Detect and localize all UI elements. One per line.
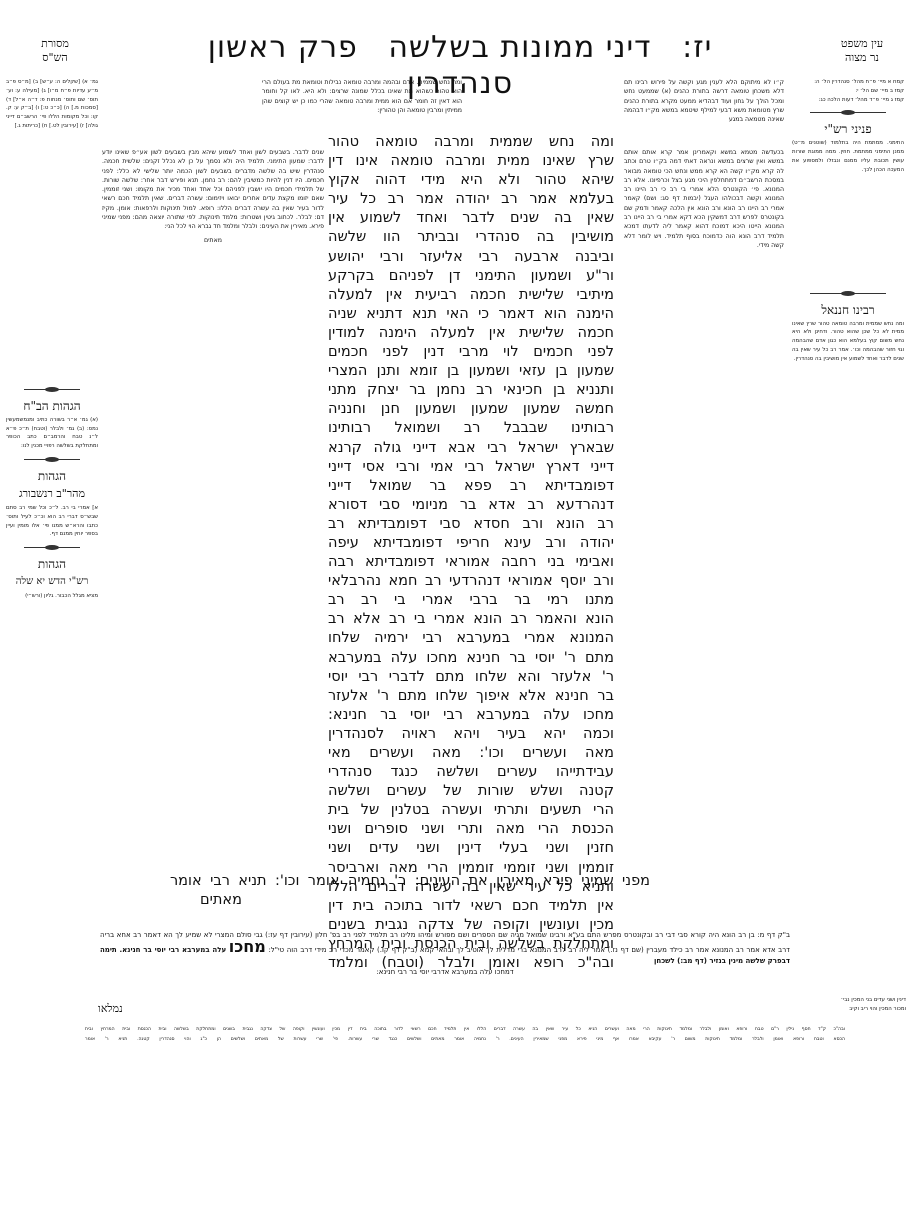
ein-mishpat-entry: קמז ג מיי׳ פ״ד מהל׳ דעות הלכה כג:: [792, 96, 904, 105]
gemara-line: מאה ועשרים וכו': מאה ועשרים מאי: [328, 744, 614, 763]
rabbeinu-chananel-text: ומה נחש שממית ומרבה טומאה טהור שרץ שאינו…: [792, 320, 904, 364]
chapter-name: דיני ממונות בשלשה: [388, 30, 651, 65]
gemara-line: מתנו רמי בר ברבי אמרי בי רב רב: [328, 591, 614, 610]
pninei-rashi-title: פניני רש"י: [792, 121, 904, 137]
bottom-tosafot: ב"ק דף מ: בן רב הונא היה קורא סבי דבי רב…: [100, 930, 790, 978]
gilyon-text: מציא מגלל הכבור. גליון (ורש״י): [6, 592, 98, 601]
hagahot-rashbag-subtitle: מהר"ב רנשבורג: [6, 486, 98, 502]
masoret-column: גמ׳ א) [שקלים ה: ע״ש] ב) [מ״ס פ״ב מ״ע עד…: [6, 78, 98, 601]
rashi-upper-text: ק״ו לא מיתוקם הלא לענין מגע וקשה על פירו…: [624, 78, 784, 124]
gemara-line: וכמה יהא בעיר ויהא ראויה לסנהדרין: [328, 725, 614, 744]
gemara-line: וביבנה ארבעה רבי אליעזר ורבי יהושע: [328, 248, 614, 267]
rabbeinu-chananel-title: רבינו חננאל: [792, 302, 904, 318]
gemara-line: מיתיבי שלישית חכמה רביעית אין למעלה: [328, 286, 614, 305]
hagahot-rashbag-text: א] אמרי בי רב. ל״כ וכל שמי רב סתם שבש״ס …: [6, 504, 98, 539]
tosafot-catchword: מאתים: [102, 236, 324, 245]
footer-line: ובה"כ ק"ד חסף נילין ר"ם טבח ורופא ואומן …: [85, 1025, 845, 1035]
gilyon-subtitle: רש"י הדש יא שלה: [6, 574, 98, 590]
gemara-line: יהודה ורב עינא חריפי דפומבדיתא עיפה: [328, 534, 614, 553]
gemara-line: בר חנינא אלא איפוך שלחו מתם ר' אלעזר: [328, 687, 614, 706]
gemara-line: ואבימי בני רחבה אמוראי דפומבדיתא רבה: [328, 553, 614, 572]
ornament-divider: [24, 459, 80, 460]
gemara-tail-line: מפני שמיני פירא מאירין את העינים: ר' נחמ…: [170, 872, 650, 891]
daf-number: יז:: [682, 30, 712, 65]
bottom-last-line: דמחכו עלה במערבא אדרבי יוסי בר רבי חנינא…: [100, 967, 790, 978]
gemara-line: רב הונא ורב חסדא סבי דפומבדיתא רב: [328, 515, 614, 534]
hagahot-rashbag-title: הגהות: [6, 468, 98, 484]
tosafot-column: שנים לדבר. בשבעים לשון ואחד לשמוע שיהא מ…: [102, 148, 324, 245]
masoret-title: מסורת: [20, 37, 90, 51]
gemara-line: דפומבדיתא רב פפא בר שמואל דייני: [328, 477, 614, 496]
gemara-line: חזנין ושני בעלי דינין ושני עדים ושני: [328, 839, 614, 858]
hagahot-bach-title: הגהות הב"ח: [6, 398, 98, 414]
ein-mishpat-title: עין משפט: [822, 37, 902, 51]
gemara-line: שמעון בן עזאי ושמעון בן זומא ותנן המצרי: [328, 362, 614, 381]
rashi-column: בכעדשה מטמא במשא וקאמרינן אמר קרא אותם א…: [624, 148, 784, 250]
masoret-header: מסורת הש"ס: [20, 37, 90, 65]
footer-right-line: דינין ושני עדים בני המכין נבי׳: [786, 996, 906, 1005]
gemara-line: הימנה הוא דאמר כי האי תנא דתניא שניה: [328, 305, 614, 324]
gemara-line: הונא והאמר רב הונא אמרי בי רב אלא רב: [328, 610, 614, 629]
ein-mishpat-column: קמח א מיי׳ פ״ח מהל׳ סנהדרין הל׳ ה: קמז ב…: [792, 78, 904, 364]
footer-notes: ובה"כ ק"ד חסף נילין ר"ם טבח ורופא ואומן …: [85, 1025, 845, 1045]
ornament-divider: [810, 293, 886, 294]
gemara-line: חמשה שמעון שמעון ושמעון חנן וחנניה: [328, 400, 614, 419]
gemara-line: ר' אלעזר והא שלחו מתם לדברי רבי יוסי: [328, 668, 614, 687]
pninei-rashi-text: התימני. ממתמת היה בתלמוד (שוטנים מ״ט) ממ…: [792, 139, 904, 174]
gemara-line: מושיבין בה סנהדרי ובביתר הוו שלשה: [328, 228, 614, 247]
talmud-page: עין משפט נר מצוה יז: דיני ממונות בשלשה פ…: [0, 0, 914, 1213]
dibur-hamatchil: מחכו: [229, 937, 266, 956]
ein-mishpat-subtitle: נר מצוה: [822, 51, 902, 65]
gemara-tail-last: מאתים: [170, 891, 650, 910]
gemara-line: הכנסת הרי מאה ותרי ושני סופרים ושני: [328, 820, 614, 839]
gemara-line: בעלמא אמר רב יהודה אמר רב כל עיר: [328, 190, 614, 209]
ornament-divider: [24, 547, 80, 548]
footer-right-line: ומכור המכין והוי ריב וקיב: [786, 1005, 906, 1014]
gemara-line: הרי תשעים ותרתי ועשרה בטלנין של בית: [328, 801, 614, 820]
gemara-line: שרץ שאינו ממית ומרבה טומאה אינו דין: [328, 152, 614, 171]
gemara-line: עבידתייהו עשרים ושלשה כנגד סנהדרי: [328, 763, 614, 782]
tosafot-text: שנים לדבר. בשבעים לשון ואחד לשמוע שיהא מ…: [102, 148, 324, 232]
gemara-line: ור"ע ושמעון התימני דן לפניהם בקרקע: [328, 267, 614, 286]
gemara-line: ומה נחש שממית ומרבה טומאה טהור: [328, 133, 614, 152]
masoret-entries: גמ׳ א) [שקלים ה: ע״ש] ב) [מ״ס פ״ב מ״ע עד…: [6, 78, 98, 131]
ornament-divider: [810, 112, 886, 113]
ein-mishpat-header: עין משפט נר מצוה: [822, 37, 902, 65]
gemara-line: דייני דארץ ישראל רבי אמי ורבי אסי דייני: [328, 458, 614, 477]
gemara-line: מתם ר' יוסי בר חנינא מחכו עלה במערבא: [328, 649, 614, 668]
gemara-line: שאין בה שנים לדבר ואחד לשמוע אין: [328, 209, 614, 228]
ornament-divider: [24, 389, 80, 390]
hagahot-bach-text: (א) גמ׳ א״ר בשורה כתיב ומנמשמעשין נמס: (…: [6, 416, 98, 451]
gemara-line: מחכו עלה במערבא רבי יוסי בר חנינא:: [328, 706, 614, 725]
perek-number: פרק ראשון: [208, 30, 358, 65]
gemara-line: לפני חכמים לוי מרבי דנין לפני חכמים: [328, 343, 614, 362]
gemara-line: שיהא טהור ולא היא מידי דהוה אקוץ: [328, 171, 614, 190]
gilyon-title: הגהות: [6, 556, 98, 572]
gemara-line: שבארץ ישראל רבי אבא דייני גולה קרנא: [328, 439, 614, 458]
gemara-line: קטנה ושלש שורות של עשרים ושלשה: [328, 782, 614, 801]
gemara-line: דנהרדעא רב אדא בר מניומי סבי דסורא: [328, 496, 614, 515]
gemara-line: ורב יוסף אמוראי דנהרדעי רב חמא נהרבלאי: [328, 572, 614, 591]
gemara-text: ומה נחש שממית ומרבה טומאה טהור שרץ שאינו…: [328, 133, 614, 973]
footer-right-notes: דינין ושני עדים בני המכין נבי׳ ומכור המכ…: [786, 996, 906, 1014]
masoret-subtitle: הש"ס: [20, 51, 90, 65]
gemara-line: ותנניא בן חכינאי רב נחמן בר יצחק מתני: [328, 381, 614, 400]
ein-mishpat-entry: קמח א מיי׳ פ״ח מהל׳ סנהדרין הל׳ ה:: [792, 78, 904, 87]
page-catchword: נמלאו: [98, 1002, 123, 1015]
footer-line: הכסא וטבח ורופא ואומן ולבלר ומלמד תינוקו…: [85, 1035, 845, 1045]
gemara-line: רבותינו שבבבל רב ושמואל רבותינו: [328, 419, 614, 438]
ein-mishpat-entry: קמז ב מיי׳ שם הל׳ י:: [792, 87, 904, 96]
gemara-line: חכמה שלישית אין למעלה הימנה למודין: [328, 324, 614, 343]
gemara-tail: מפני שמיני פירא מאירין את העינים: ר' נחמ…: [170, 872, 650, 910]
gemara-line: המנונא אמרי במערבא רבי ירמיה שלחו: [328, 629, 614, 648]
tosafot-upper-text: ומה נחש שממית. אדם ובהמה ומרבה טומאה נבי…: [262, 78, 462, 115]
